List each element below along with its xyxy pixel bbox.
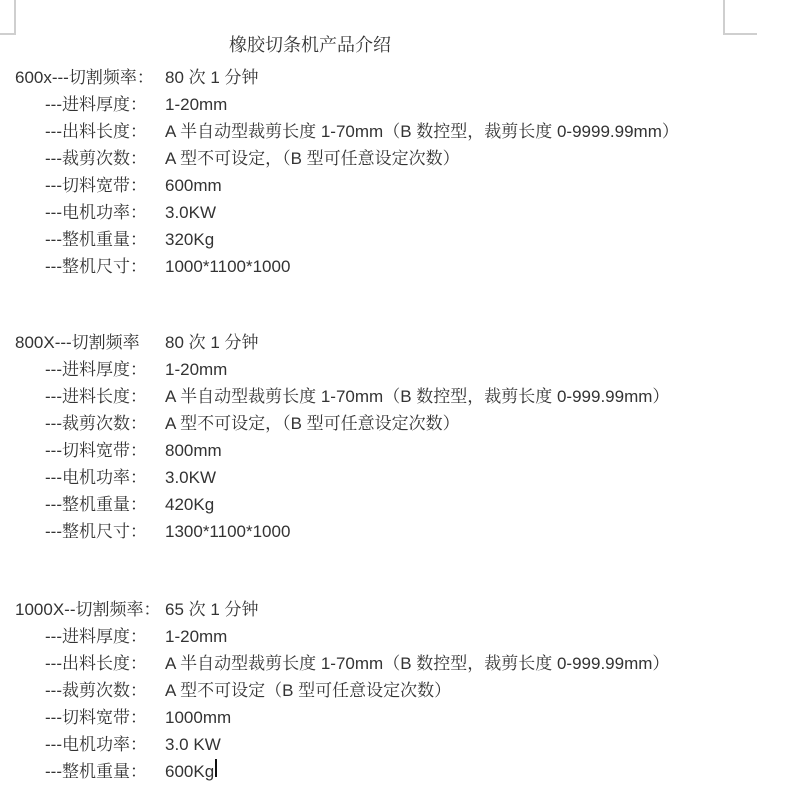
- spec-value: A 半自动型裁剪长度 1-70mm（B 数控型，裁剪长度 0-9999.99mm…: [165, 118, 679, 145]
- spec-row: ---整机尺寸：1300*1100*1000: [15, 518, 790, 545]
- spec-label: ---裁剪次数：: [15, 677, 165, 704]
- page-margin-mark-top-left: [0, 0, 16, 35]
- spec-row: 600x---切割频率：80 次 1 分钟: [15, 64, 790, 91]
- spec-value: 800mm: [165, 437, 222, 464]
- spec-row: ---裁剪次数：A 型不可设定，（B 型可任意设定次数）: [15, 410, 790, 437]
- spec-value: 1-20mm: [165, 356, 227, 383]
- spec-section-600x: 600x---切割频率：80 次 1 分钟---进料厚度：1-20mm---出料…: [15, 64, 790, 280]
- spec-value: 1000mm: [165, 704, 231, 731]
- spec-label: ---电机功率：: [15, 464, 165, 491]
- spec-label: ---电机功率：: [15, 199, 165, 226]
- spec-label: ---裁剪次数：: [15, 410, 165, 437]
- spec-row: ---电机功率：3.0KW: [15, 464, 790, 491]
- spec-section-1000X: 1000X--切割频率：65 次 1 分钟---进料厚度：1-20mm---出料…: [15, 596, 790, 785]
- spec-row: ---整机重量：420Kg: [15, 491, 790, 518]
- spec-label: 800X---切割频率: [15, 329, 165, 356]
- spec-label: ---整机重量：: [15, 758, 165, 785]
- spec-row: ---进料厚度：1-20mm: [15, 91, 790, 118]
- spec-value: 1-20mm: [165, 91, 227, 118]
- spec-label: ---出料长度：: [15, 118, 165, 145]
- spec-label: 1000X--切割频率：: [15, 596, 165, 623]
- spec-label: ---整机重量：: [15, 226, 165, 253]
- spec-sections: 600x---切割频率：80 次 1 分钟---进料厚度：1-20mm---出料…: [15, 64, 790, 785]
- spec-value: A 半自动型裁剪长度 1-70mm（B 数控型，裁剪长度 0-999.99mm）: [165, 650, 669, 677]
- spec-row: 1000X--切割频率：65 次 1 分钟: [15, 596, 790, 623]
- spec-value: 600mm: [165, 172, 222, 199]
- spec-row: ---裁剪次数：A 型不可设定，（B 型可任意设定次数）: [15, 145, 790, 172]
- spec-label: ---进料厚度：: [15, 356, 165, 383]
- document-title: 橡胶切条机产品介绍: [15, 32, 605, 59]
- text-cursor: [215, 759, 217, 777]
- spec-label: ---出料长度：: [15, 650, 165, 677]
- spec-label: ---进料长度：: [15, 383, 165, 410]
- spec-row: ---切料宽带：1000mm: [15, 704, 790, 731]
- spec-row: ---进料长度：A 半自动型裁剪长度 1-70mm（B 数控型，裁剪长度 0-9…: [15, 383, 790, 410]
- spec-label: ---裁剪次数：: [15, 145, 165, 172]
- spec-row: ---电机功率：3.0 KW: [15, 731, 790, 758]
- spec-section-800X: 800X---切割频率80 次 1 分钟---进料厚度：1-20mm---进料长…: [15, 329, 790, 545]
- spec-value: A 型不可设定（B 型可任意设定次数）: [165, 677, 451, 704]
- spec-label: ---进料厚度：: [15, 91, 165, 118]
- spec-value: A 型不可设定，（B 型可任意设定次数）: [165, 410, 460, 437]
- spec-label: ---切料宽带：: [15, 704, 165, 731]
- spec-value: A 半自动型裁剪长度 1-70mm（B 数控型，裁剪长度 0-999.99mm）: [165, 383, 669, 410]
- spec-value: 65 次 1 分钟: [165, 596, 259, 623]
- spec-label: ---整机尺寸：: [15, 253, 165, 280]
- spec-value: 1000*1100*1000: [165, 253, 290, 280]
- spec-value: 3.0KW: [165, 464, 216, 491]
- spec-label: ---进料厚度：: [15, 623, 165, 650]
- spec-value: 420Kg: [165, 491, 214, 518]
- spec-value: A 型不可设定，（B 型可任意设定次数）: [165, 145, 460, 172]
- spec-row: ---出料长度：A 半自动型裁剪长度 1-70mm（B 数控型，裁剪长度 0-9…: [15, 118, 790, 145]
- spec-row: ---裁剪次数：A 型不可设定（B 型可任意设定次数）: [15, 677, 790, 704]
- spec-row: ---进料厚度：1-20mm: [15, 356, 790, 383]
- spec-value: 80 次 1 分钟: [165, 64, 259, 91]
- spec-label: ---整机重量：: [15, 491, 165, 518]
- document-body[interactable]: 橡胶切条机产品介绍 600x---切割频率：80 次 1 分钟---进料厚度：1…: [0, 0, 800, 785]
- spec-row: ---出料长度：A 半自动型裁剪长度 1-70mm（B 数控型，裁剪长度 0-9…: [15, 650, 790, 677]
- spec-value: 1300*1100*1000: [165, 518, 290, 545]
- spec-label: ---电机功率：: [15, 731, 165, 758]
- spec-label: ---整机尺寸：: [15, 518, 165, 545]
- spec-row: 800X---切割频率80 次 1 分钟: [15, 329, 790, 356]
- spec-value: 3.0 KW: [165, 731, 221, 758]
- spec-value: 80 次 1 分钟: [165, 329, 259, 356]
- spec-value: 600Kg: [165, 758, 214, 785]
- spec-label: ---切料宽带：: [15, 172, 165, 199]
- spec-row: ---整机尺寸：1000*1100*1000: [15, 253, 790, 280]
- spec-value: 1-20mm: [165, 623, 227, 650]
- spec-value: 320Kg: [165, 226, 214, 253]
- page-margin-mark-top-right: [723, 0, 757, 35]
- spec-row: ---整机重量：600Kg: [15, 758, 790, 785]
- spec-row: ---切料宽带：600mm: [15, 172, 790, 199]
- spec-row: ---电机功率：3.0KW: [15, 199, 790, 226]
- spec-row: ---切料宽带：800mm: [15, 437, 790, 464]
- spec-row: ---整机重量：320Kg: [15, 226, 790, 253]
- spec-row: ---进料厚度：1-20mm: [15, 623, 790, 650]
- spec-label: 600x---切割频率：: [15, 64, 165, 91]
- spec-value: 3.0KW: [165, 199, 216, 226]
- spec-label: ---切料宽带：: [15, 437, 165, 464]
